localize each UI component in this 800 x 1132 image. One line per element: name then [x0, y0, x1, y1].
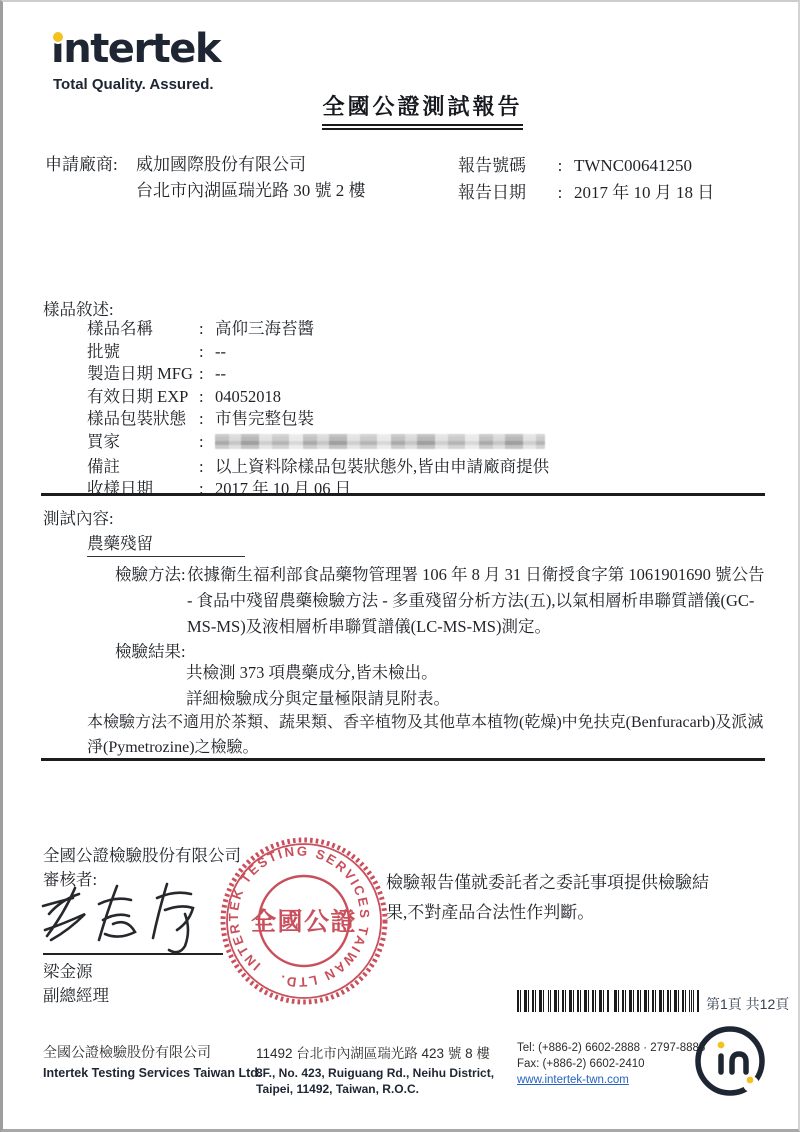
field-label: 備註	[87, 456, 199, 479]
test-section-title: 測試內容:	[43, 505, 114, 529]
footer-fax: Fax: (+886-2) 6602-2410	[517, 1056, 705, 1072]
reviewer-name: 梁金源	[43, 958, 93, 982]
field-row-exp-date: 有效日期 EXP : 04052018	[87, 386, 767, 409]
field-row-sample-name: 樣品名稱 : 高仰三海苔醬	[87, 318, 767, 341]
report-date-value: 2017 年 10 月 18 日	[574, 179, 714, 206]
colon: :	[199, 386, 215, 409]
field-row-received-date: 收樣日期 : 2017 年 10 月 06 日	[87, 478, 767, 501]
footer-contact: Tel: (+886-2) 6602-2888 · 2797-8885 Fax:…	[517, 1040, 705, 1088]
report-date-row: 報告日期 : 2017 年 10 月 18 日	[458, 179, 714, 206]
field-value: 高仰三海苔醬	[215, 318, 767, 341]
field-label: 買家	[87, 431, 199, 456]
signature-line	[43, 953, 223, 955]
method-text: 依據衛生福利部食品藥物管理署 106 年 8 月 31 日衛授食字第 10619…	[187, 562, 767, 640]
signoff-company: 全國公證檢驗股份有限公司	[43, 842, 241, 866]
page-indicator: 第1頁 共12頁	[706, 994, 789, 1014]
brand-text: intertek	[51, 26, 220, 72]
method-label: 檢驗方法:	[115, 562, 187, 640]
signature-image	[39, 878, 229, 958]
applicant-label: 申請廠商:	[45, 152, 118, 178]
footer-tel: Tel: (+886-2) 6602-2888 · 2797-8885	[517, 1040, 705, 1056]
field-value: --	[215, 341, 767, 364]
report-date-label: 報告日期	[458, 179, 546, 206]
report-title-wrap: 全國公證測試報告	[3, 90, 798, 126]
section-divider	[41, 758, 765, 761]
colon: :	[546, 179, 574, 206]
method-block: 檢驗方法: 依據衛生福利部食品藥物管理署 106 年 8 月 31 日衛授食字第…	[115, 562, 767, 640]
field-label: 樣品名稱	[87, 318, 199, 341]
method-note: 本檢驗方法不適用於茶類、蔬果類、香辛植物及其他草本植物(乾燥)中免扶克(Benf…	[87, 710, 765, 760]
field-row-buyer: 買家 :	[87, 431, 767, 456]
footer-website-link[interactable]: www.intertek-twn.com	[517, 1074, 629, 1086]
footer-address-en1: 8F., No. 423, Ruiguang Rd., Neihu Distri…	[256, 1065, 494, 1081]
field-label: 收樣日期	[87, 478, 199, 501]
barcode	[517, 990, 699, 1012]
field-value: 04052018	[215, 386, 767, 409]
applicant-address: 台北市內湖區瑞光路 30 號 2 樓	[136, 178, 366, 204]
report-title: 全國公證測試報告	[322, 90, 522, 126]
test-subject: 農藥殘留	[87, 530, 245, 557]
colon: :	[199, 318, 215, 341]
brand-yellow-dot-icon	[53, 32, 63, 42]
colon: :	[199, 431, 215, 456]
applicant-name: 威加國際股份有限公司	[136, 152, 366, 178]
footer-company-zh: 全國公證檢驗股份有限公司	[43, 1042, 261, 1062]
report-number-row: 報告號碼 : TWNC00641250	[458, 152, 714, 179]
colon: :	[199, 478, 215, 501]
stamp-center-text: 全國公證	[251, 907, 357, 936]
footer-address-zh: 11492 台北市內湖區瑞光路 423 號 8 樓	[256, 1042, 494, 1062]
intertek-mark-icon	[691, 1022, 769, 1100]
colon: :	[199, 341, 215, 364]
colon: :	[199, 456, 215, 479]
field-label: 樣品包裝狀態	[87, 408, 199, 431]
result-lines: 共檢測 373 項農藥成分,皆未檢出。 詳細檢驗成分與定量極限請見附表。	[186, 660, 450, 712]
field-row-packaging: 樣品包裝狀態 : 市售完整包裝	[87, 408, 767, 431]
colon: :	[199, 408, 215, 431]
section-divider	[41, 493, 765, 496]
footer-address-en2: Taipei, 11492, Taiwan, R.O.C.	[256, 1081, 494, 1097]
field-value: 2017 年 10 月 06 日	[215, 478, 767, 501]
company-stamp: INTERTEK TESTING SERVICES TAIWAN LTD. 全國…	[218, 835, 390, 1007]
sample-section-title: 樣品敘述:	[43, 296, 114, 320]
sample-fields: 樣品名稱 : 高仰三海苔醬 批號 : -- 製造日期 MFG : -- 有效日期…	[87, 318, 767, 501]
applicant-value: 威加國際股份有限公司 台北市內湖區瑞光路 30 號 2 樓	[136, 152, 366, 204]
result-line-1: 共檢測 373 項農藥成分,皆未檢出。	[186, 660, 450, 686]
reviewer-title: 副總經理	[43, 982, 109, 1006]
report-number-value: TWNC00641250	[574, 152, 692, 179]
intertek-logo: intertek	[51, 26, 220, 72]
field-label: 有效日期 EXP	[87, 386, 199, 409]
result-label: 檢驗結果:	[115, 638, 186, 662]
report-disclaimer: 檢驗報告僅就委託者之委託事項提供檢驗結果,不對產品合法性作判斷。	[386, 868, 726, 928]
report-page: intertek Total Quality. Assured. 全國公證測試報…	[0, 0, 800, 1132]
applicant-block: 申請廠商: 威加國際股份有限公司 台北市內湖區瑞光路 30 號 2 樓	[45, 152, 365, 204]
colon: :	[546, 152, 574, 179]
field-label: 批號	[87, 341, 199, 364]
field-value: 以上資料除樣品包裝狀態外,皆由申請廠商提供	[215, 456, 767, 479]
field-row-remark: 備註 : 以上資料除樣品包裝狀態外,皆由申請廠商提供	[87, 456, 767, 479]
footer-company: 全國公證檢驗股份有限公司 Intertek Testing Services T…	[43, 1042, 261, 1080]
report-meta: 報告號碼 : TWNC00641250 報告日期 : 2017 年 10 月 1…	[458, 152, 714, 206]
colon: :	[199, 363, 215, 386]
field-value-redacted	[215, 431, 767, 456]
field-row-mfg-date: 製造日期 MFG : --	[87, 363, 767, 386]
report-number-label: 報告號碼	[458, 152, 546, 179]
footer-address: 11492 台北市內湖區瑞光路 423 號 8 樓 8F., No. 423, …	[256, 1042, 494, 1097]
field-row-lot-number: 批號 : --	[87, 341, 767, 364]
result-line-2: 詳細檢驗成分與定量極限請見附表。	[186, 686, 450, 712]
field-value: --	[215, 363, 767, 386]
redaction-mosaic	[215, 434, 545, 449]
footer-company-en: Intertek Testing Services Taiwan Ltd.	[43, 1066, 261, 1080]
field-value: 市售完整包裝	[215, 408, 767, 431]
field-label: 製造日期 MFG	[87, 363, 199, 386]
